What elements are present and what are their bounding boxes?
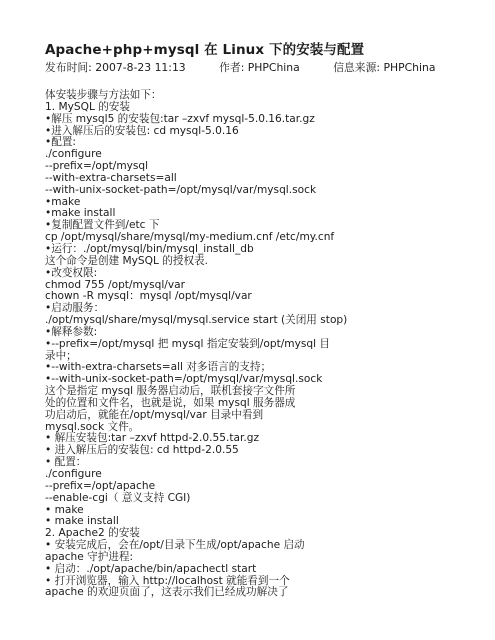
text-line: •改变权限:: [45, 268, 470, 280]
text-line: • 进入解压后的安装包: cd httpd-2.0.55: [45, 445, 470, 457]
text-line: apache 的欢迎页面了，这表示我们已经成功解决了: [45, 587, 470, 599]
text-line: •进入解压后的安装包: cd mysql-5.0.16: [45, 126, 470, 138]
text-line: --with-unix-socket-path=/opt/mysql/var/m…: [45, 185, 470, 197]
text-line: ./opt/mysql/share/mysql/mysql.service st…: [45, 315, 470, 327]
article-title: Apache+php+mysql 在 Linux 下的安装与配置: [45, 42, 470, 59]
article-body: 体安装步骤与方法如下：1. MySQL 的安装•解压 mysql5 的安装包:t…: [45, 90, 470, 599]
text-line: •解压 mysql5 的安装包:tar –zxvf mysql-5.0.16.t…: [45, 114, 470, 126]
text-line: •解释参数:: [45, 327, 470, 339]
publish-date: 发布时间: 2007-8-23 11:13: [45, 61, 186, 74]
text-line: 这个命令是创建 MySQL 的授权表.: [45, 256, 470, 268]
article-content: Apache+php+mysql 在 Linux 下的安装与配置 发布时间: 2…: [45, 42, 470, 599]
text-line: 1. MySQL 的安装: [45, 102, 470, 114]
text-line: --with-extra-charsets=all: [45, 173, 470, 185]
text-line: chown -R mysql：mysql /opt/mysql/var: [45, 291, 470, 303]
text-line: 处的位置和文件名，也就是说，如果 mysql 服务器成: [45, 398, 470, 410]
text-line: apache 守护进程:: [45, 552, 470, 564]
text-line: •--prefix=/opt/mysql 把 mysql 指定安装到/opt/m…: [45, 339, 470, 351]
text-line: • 启动：./opt/apache/bin/apachectl start: [45, 564, 470, 576]
info-source: 信息来源: PHPChina: [333, 61, 435, 74]
text-line: --enable-cgi（ 意义支持 CGI): [45, 493, 470, 505]
author: 作者: PHPChina: [219, 61, 300, 74]
article-meta: 发布时间: 2007-8-23 11:13 作者: PHPChina 信息来源:…: [45, 61, 470, 75]
text-line: •配置:: [45, 137, 470, 149]
document-page: Apache+php+mysql 在 Linux 下的安装与配置 发布时间: 2…: [0, 0, 495, 640]
text-line: • 配置：: [45, 457, 470, 469]
text-line: --prefix=/opt/apache: [45, 481, 470, 493]
text-line: 功启动后，就能在/opt/mysql/var 目录中看到: [45, 410, 470, 422]
